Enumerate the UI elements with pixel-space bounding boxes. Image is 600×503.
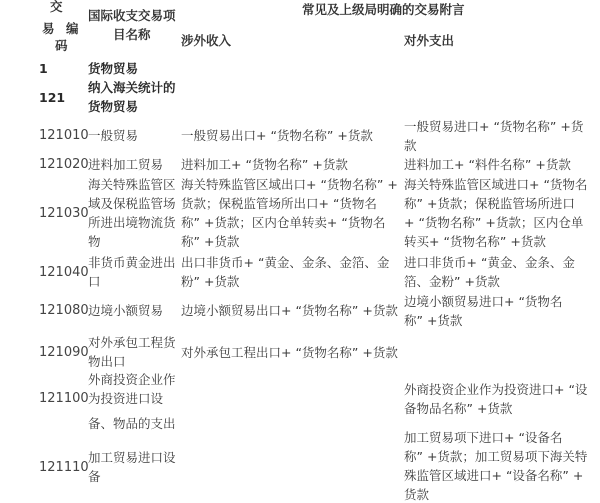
header-code-char: 码 [55,36,68,55]
row-income: 称” +货款 [181,232,239,251]
row-name: 边境小额贸易 [88,301,163,320]
row-expense: 箔、金粉” +货款 [404,272,500,291]
header-code-char: 易 [42,19,55,38]
row-expense: 称” +货款；保税监管场所进口 [404,194,575,213]
row-expense: 进料加工+ “料件名称” +货款 [404,155,571,174]
row-code: 121 [39,88,65,107]
header-code-char: 交 [50,0,63,16]
row-income: 粉” +货款 [181,272,239,291]
header-code-char: 编 [66,19,79,38]
row-code: 121030 [39,204,89,223]
row-expense: 称” +货款；加工贸易项下海关特 [404,447,587,466]
row-name: 货物贸易 [88,97,138,116]
header-name-line1: 国际收支交易项 [88,6,176,25]
row-code: 121080 [39,301,89,320]
row-name: 进料加工贸易 [88,155,163,174]
row-code: 1 [39,59,48,78]
row-income: 货款；保税监管场所出口+ “货物名 [181,194,377,213]
row-code: 121040 [39,263,89,282]
row-name: 海关特殊监管区 [88,175,176,194]
row-name: 域及保税监管场 [88,194,176,213]
header-name-line2: 目名称 [113,25,151,44]
row-name: 非货币黄金进出 [88,253,176,272]
row-code: 121100 [39,389,89,408]
row-expense: 款 [404,136,417,155]
header-group-title: 常见及上级局明确的交易附言 [302,0,465,19]
row-name: 物 [88,232,101,251]
row-name: 口 [88,272,101,291]
row-name: 一般贸易 [88,126,138,145]
row-expense: 货款 [404,485,429,503]
row-name: 备、物品的支出 [88,414,176,433]
row-code: 121020 [39,155,89,174]
row-expense: 边境小额贸易进口+ “货物名 [404,292,562,311]
row-name: 纳入海关统计的 [88,78,176,97]
row-income: 称” +货款；区内仓单转卖+ “货物名 [181,213,385,232]
header-income: 涉外收入 [181,31,231,50]
row-expense: 称” +货款 [404,311,462,330]
row-income: 海关特殊监管区域出口+ “货物名称” + [181,175,398,194]
row-expense: 一般贸易进口+ “货物名称” +货 [404,117,583,136]
row-name: 货物贸易 [88,59,138,78]
row-expense: 海关特殊监管区域进口+ “货物名 [404,175,587,194]
row-name: 对外承包工程货 [88,333,176,352]
row-expense: + “货物名称” +货款；区内仓单 [404,213,583,232]
row-name: 为投资进口设 [88,389,163,408]
row-name: 物出口 [88,352,126,371]
row-expense: 加工贸易项下进口+ “设备名 [404,428,562,447]
row-expense: 殊监管区域进口+ “设备名称” + [404,466,583,485]
row-income: 边境小额贸易出口+ “货物名称” +货款 [181,301,398,320]
row-income: 进料加工+ “货物名称” +货款 [181,155,348,174]
row-expense: 外商投资企业作为投资进口+ “设 [404,380,587,399]
row-income: 一般贸易出口+ “货物名称” +货款 [181,126,373,145]
row-code: 121090 [39,343,89,362]
row-name: 加工贸易进口设 [88,448,176,467]
row-code: 121110 [39,458,89,477]
row-expense: 转买+ “货物名称” +货款 [404,232,546,251]
row-income: 出口非货币+ “黄金、金条、金箔、金 [181,253,389,272]
header-expense: 对外支出 [404,31,454,50]
row-expense: 进口非货币+ “黄金、金条、金 [404,253,575,272]
row-name: 所进出境物流货 [88,213,176,232]
row-name: 外商投资企业作 [88,370,176,389]
row-expense: 备物品名称” +货款 [404,399,512,418]
row-name: 备 [88,467,101,486]
row-code: 121010 [39,126,89,145]
row-income: 对外承包工程出口+ “货物名称” +货款 [181,343,398,362]
